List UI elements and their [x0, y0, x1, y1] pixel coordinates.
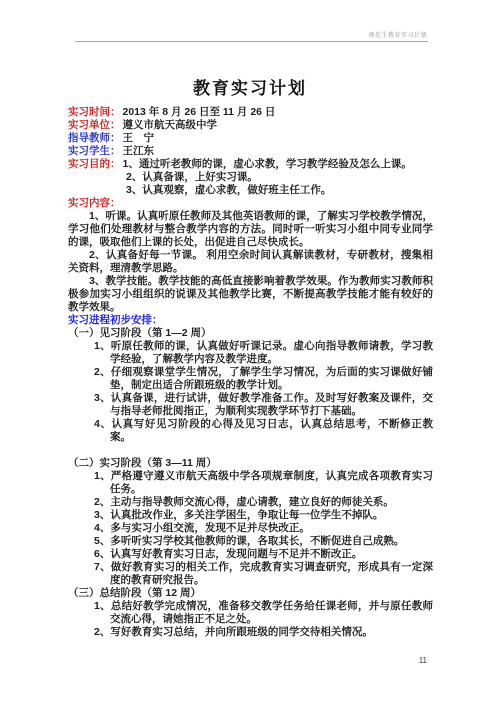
field-label-practicum-purpose: 实习目的： — [68, 158, 121, 170]
document-page: 师范生教育实习计划 教育实习计划 实习时间：2013 年 8 月 26 日至 1… — [0, 0, 500, 708]
stage-item: 3、认真批改作业，多关注学困生，争取让每一位学生不掉队。 — [68, 509, 433, 522]
header-rule — [75, 41, 428, 42]
field-label-practicum-time: 实习时间： — [68, 106, 121, 118]
purpose-item: 2、认真备课，上好实习课。 — [126, 171, 433, 184]
field-value-practicum-purpose: 1、通过听老教师的课，虚心求教，学习教学经验及怎么上课。 — [123, 158, 412, 170]
page-title: 教育实习计划 — [0, 74, 500, 99]
stage-item: 6、认真写好教育实习日志，发现问题与不足并不断改正。 — [68, 548, 433, 561]
stage-item: 2、写好教育实习总结，并向所跟班级的同学交待相关情况。 — [68, 626, 433, 639]
stage-observation: （一）见习阶段（第 1—2 周） 1、听原任教师的课，认真做好听课记录。虚心向指… — [68, 327, 433, 444]
stage-item: 5、多听听实习学校其他教师的课，各取其长，不断促进自己成熟。 — [68, 535, 433, 548]
info-row-practicum-purpose: 实习目的：1、通过听老教师的课，虚心求教，学习教学经验及怎么上课。 — [68, 158, 433, 171]
stage-item: 2、仔细观察课堂学生情况，了解学生学习情况，为后面的实习课做好铺垫，制定出适合所… — [68, 366, 433, 392]
stage-item: 1、总结好教学完成情况，准备移交教学任务给任课老师，并与原任教师交流心得，请她指… — [68, 600, 433, 626]
stage-item: 1、严格遵守遵义市航天高级中学各项规章制度，认真完成各项教育实习任务。 — [68, 470, 433, 496]
stage-item: 7、做好教育实习的相关工作，完成教育实习调查研究，形成具有一定深度的教育研究报告… — [68, 561, 433, 587]
field-label-practicum-student: 实习学生： — [68, 145, 121, 157]
stage-summary: （三）总结阶段（第 12 周） 1、总结好教学完成情况，准备移交教学任务给任课老… — [68, 587, 433, 639]
stage-title: （一）见习阶段（第 1—2 周） — [68, 327, 433, 340]
field-label-supervising-teacher: 指导教师： — [68, 132, 121, 144]
section-heading-content: 实习内容： — [68, 197, 433, 210]
content-paragraph: 1、听课。认真听原任教师及其他英语教师的课，了解实习学校教学情况，学习他们处理教… — [68, 210, 433, 249]
stage-item: 3、认真备课，进行试讲，做好教学准备工作。及时写好教案及课件，交与指导老师批阅指… — [68, 392, 433, 418]
info-row-supervising-teacher: 指导教师：王 宁 — [68, 132, 433, 145]
stage-item: 4、认真写好见习阶段的心得及见习日志，认真总结思考，不断修正教案。 — [68, 418, 433, 444]
info-row-practicum-unit: 实习单位：遵义市航天高级中学 — [68, 119, 433, 132]
field-value-practicum-unit: 遵义市航天高级中学 — [123, 119, 218, 131]
info-row-practicum-student: 实习学生：王江东 — [68, 145, 433, 158]
content-paragraph: 2、认真备好每一节课。 利用空余时间认真解读教材，专研教材，搜集相关资料，理清教… — [68, 249, 433, 275]
section-heading-schedule: 实习进程初步安排： — [68, 314, 433, 327]
info-row-practicum-time: 实习时间：2013 年 8 月 26 日至 11 月 26 日 — [68, 106, 433, 119]
stage-item: 4、多与实习小组交流，发现不足并尽快改正。 — [68, 522, 433, 535]
stage-title: （三）总结阶段（第 12 周） — [68, 587, 433, 600]
field-value-practicum-student: 王江东 — [123, 145, 155, 157]
purpose-item: 3、认真观察，虚心求教，做好班主任工作。 — [126, 184, 433, 197]
field-value-practicum-time: 2013 年 8 月 26 日至 11 月 26 日 — [123, 106, 276, 118]
stage-title: （二）实习阶段（第 3—11 周） — [68, 457, 433, 470]
document-body: 实习时间：2013 年 8 月 26 日至 11 月 26 日 实习单位：遵义市… — [68, 106, 433, 639]
stage-item: 2、主动与指导教师交流心得，虚心请教，建立良好的师徒关系。 — [68, 496, 433, 509]
header-note: 师范生教育实习计划 — [368, 30, 427, 39]
page-number: 11 — [419, 656, 427, 665]
stage-item: 1、听原任教师的课，认真做好听课记录。虚心向指导教师请教，学习教学经验，了解教学… — [68, 340, 433, 366]
field-value-supervising-teacher: 王 宁 — [123, 132, 155, 144]
content-paragraph: 3、教学技能。教学技能的高低直接影响着教学效果。作为教师实习教师积极参加实习小组… — [68, 275, 433, 314]
stage-practicum: （二）实习阶段（第 3—11 周） 1、严格遵守遵义市航天高级中学各项规章制度，… — [68, 457, 433, 587]
field-label-practicum-unit: 实习单位： — [68, 119, 121, 131]
